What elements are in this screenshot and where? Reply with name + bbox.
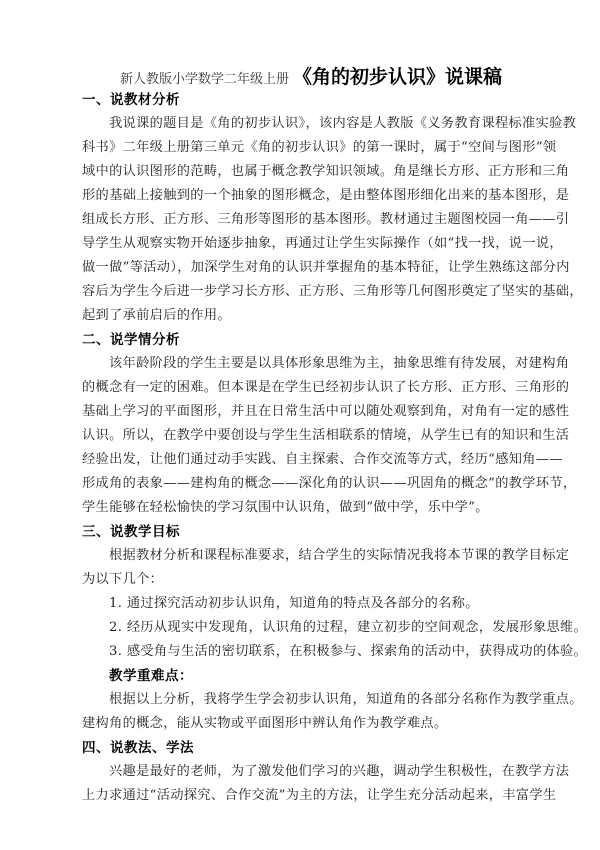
paragraph-line: 根据以上分析，我将学生学会初步认识角，知道角的各部分名称作为教学重点。 — [82, 692, 546, 708]
section-heading-1: 一、说教材分析 — [82, 92, 519, 108]
document-title: 新人教版小学数学二年级上册《角的初步认识》说课稿 — [120, 62, 502, 89]
section-heading-4: 四、说教法、学法 — [82, 740, 519, 756]
paragraph-line: 形成角的表象——建构角的概念——深化角的认识——巩固角的概念”的教学环节， — [82, 476, 519, 492]
paragraph-line: 兴趣是最好的老师，为了激发他们学习的兴趣，调动学生积极性，在教学方法 — [82, 764, 546, 780]
paragraph-line: 我说课的题目是《角的初步认识》，该内容是人教版《义务教育课程标准实验教 — [82, 116, 546, 132]
paragraph-line: 的概念有一定的困难。但本课是在学生已经初步认识了长方形、正方形、三角形的 — [82, 380, 519, 396]
paragraph-line: 起到了承前启后的作用。 — [82, 308, 519, 324]
title-prefix: 新人教版小学数学二年级上册 — [120, 72, 289, 87]
paragraph-line: 科书》二年级上册第三单元《角的初步认识》的第一课时，属于“空间与图形”领 — [82, 140, 519, 156]
paragraph-line: 学生能够在轻松愉快的学习氛围中认识角，做到“做中学，乐中学”。 — [82, 500, 519, 516]
paragraph-line: 为以下几个： — [82, 572, 519, 588]
paragraph-line: 建构角的概念，能从实物或平面图形中辨认角作为教学难点。 — [82, 716, 519, 732]
key-difficult-points-heading: 教学重难点： — [82, 668, 546, 684]
paragraph-line: 上力求通过“活动探究、合作交流”为主的方法，让学生充分活动起来，丰富学生 — [82, 788, 519, 804]
paragraph-line: 该年龄阶段的学生主要是以具体形象思维为主，抽象思维有待发展，对建构角 — [82, 356, 546, 372]
paragraph-line: 根据教材分析和课程标准要求，结合学生的实际情况我将本节课的教学目标定 — [82, 548, 546, 564]
objective-item-1: 1. 通过探究活动初步认识角，知道角的特点及各部分的名称。 — [82, 596, 546, 612]
section-heading-3: 三、说教学目标 — [82, 524, 519, 540]
paragraph-line: 做一做”等活动），加深学生对角的认识并掌握角的基本特征，让学生熟练这部分内 — [82, 260, 519, 276]
paragraph-line: 经验出发，让他们通过动手实践、自主探索、合作交流等方式，经历“感知角—— — [82, 452, 519, 468]
paragraph-line: 导学生从观察实物开始逐步抽象，再通过让学生实际操作（如“找一找，说一说， — [82, 236, 519, 252]
paragraph-line: 认识。所以，在教学中要创设与学生生活相联系的情境，从学生已有的知识和生活 — [82, 428, 519, 444]
paragraph-line: 基础上学习的平面图形，并且在日常生活中可以随处观察到角，对角有一定的感性 — [82, 404, 519, 420]
paragraph-line: 容后为学生今后进一步学习长方形、正方形、三角形等几何图形奠定了坚实的基础， — [82, 284, 519, 300]
section-heading-2: 二、说学情分析 — [82, 332, 519, 348]
objective-item-3: 3. 感受角与生活的密切联系，在积极参与、探索角的活动中，获得成功的体验。 — [82, 644, 546, 660]
title-main: 《角的初步认识》说课稿 — [293, 66, 502, 88]
objective-item-2: 2. 经历从现实中发现角，认识角的过程，建立初步的空间观念，发展形象思维。 — [82, 620, 546, 636]
paragraph-line: 形的基础上接触到的一个抽象的图形概念，是由整体图形细化出来的基本图形，是 — [82, 188, 519, 204]
paragraph-line: 组成长方形、正方形、三角形等图形的基本图形。教材通过主题图校园一角——引 — [82, 212, 519, 228]
paragraph-line: 域中的认识图形的范畴，也属于概念教学知识领域。角是继长方形、正方形和三角 — [82, 164, 519, 180]
